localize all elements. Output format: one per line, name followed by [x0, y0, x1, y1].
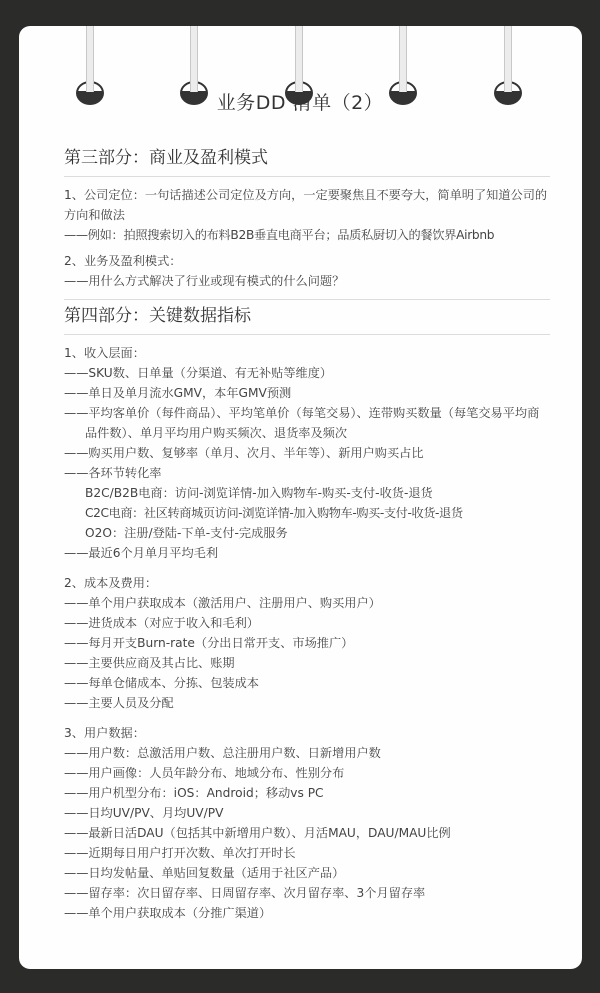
document-body: 第三部分：商业及盈利模式 1、公司定位：一句话描述公司定位及方向，一定要聚焦且不…	[64, 144, 550, 923]
item-title: 1、公司定位：一句话描述公司定位及方向，一定要聚焦且不要夸大，简单明了知道公司的…	[64, 185, 550, 225]
item-line: ——例如：拍照搜索切入的布料B2B垂直电商平台；品质私厨切入的餐饮界Airbnb	[64, 225, 550, 245]
item-line: ——用户画像：人员年龄分布、地域分布、性别分布	[64, 763, 550, 783]
item-line: ——主要供应商及其占比、账期	[64, 653, 550, 673]
item-line: ——日均发帖量、单贴回复数量（适用于社区产品）	[64, 863, 550, 883]
section-heading: 第三部分：商业及盈利模式	[64, 144, 550, 172]
section-heading: 第四部分：关键数据指标	[64, 302, 550, 330]
item-line: ——近期每日用户打开次数、单次打开时长	[64, 843, 550, 863]
divider	[64, 176, 550, 177]
item-line: ——单个用户获取成本（激活用户、注册用户、购买用户）	[64, 593, 550, 613]
item-line: B2C/B2B电商：访问-浏览详情-加入购物车-购买-支付-收货-退货	[64, 483, 550, 503]
item-line: ——用户机型分布：iOS：Android；移动vs PC	[64, 783, 550, 803]
item-line: ——主要人员及分配	[64, 693, 550, 713]
item-title: 1、收入层面：	[64, 343, 550, 363]
item-line: ——各环节转化率	[64, 463, 550, 483]
item-line: O2O：注册/登陆-下单-支付-完成服务	[64, 523, 550, 543]
item-line: C2C电商：社区转商城页访问-浏览详情-加入购物车-购买-支付-收货-退货	[64, 503, 550, 523]
page-title: 业务DD 清单（2）	[0, 88, 600, 115]
divider	[64, 299, 550, 300]
item-line: ——用什么方式解决了行业或现有模式的什么问题？	[64, 271, 550, 291]
item-line: ——购买用户数、复够率（单月、次月、半年等）、新用户购买占比	[64, 443, 550, 463]
divider	[64, 334, 550, 335]
item-line: ——平均客单价（每件商品）、平均笔单价（每笔交易）、连带购买数量（每笔交易平均商…	[64, 403, 550, 443]
item-line: ——单个用户获取成本（分推广渠道）	[64, 903, 550, 923]
item-line: ——用户数：总激活用户数、总注册用户数、日新增用户数	[64, 743, 550, 763]
item-title: 2、成本及费用：	[64, 573, 550, 593]
item-title: 3、用户数据：	[64, 723, 550, 743]
item-line: ——留存率：次日留存率、日周留存率、次月留存率、3个月留存率	[64, 883, 550, 903]
item-title: 2、业务及盈利模式：	[64, 251, 550, 271]
item-line: ——单日及单月流水GMV，本年GMV预测	[64, 383, 550, 403]
item-line: ——日均UV/PV、月均UV/PV	[64, 803, 550, 823]
item-line: ——最近6个月单月平均毛利	[64, 543, 550, 563]
item-line: ——最新日活DAU（包括其中新增用户数）、月活MAU，DAU/MAU比例	[64, 823, 550, 843]
item-line: ——SKU数、日单量（分渠道、有无补贴等维度）	[64, 363, 550, 383]
item-line: ——进货成本（对应于收入和毛利）	[64, 613, 550, 633]
item-line: ——每月开支Burn-rate（分出日常开支、市场推广）	[64, 633, 550, 653]
item-line: ——每单仓储成本、分拣、包装成本	[64, 673, 550, 693]
